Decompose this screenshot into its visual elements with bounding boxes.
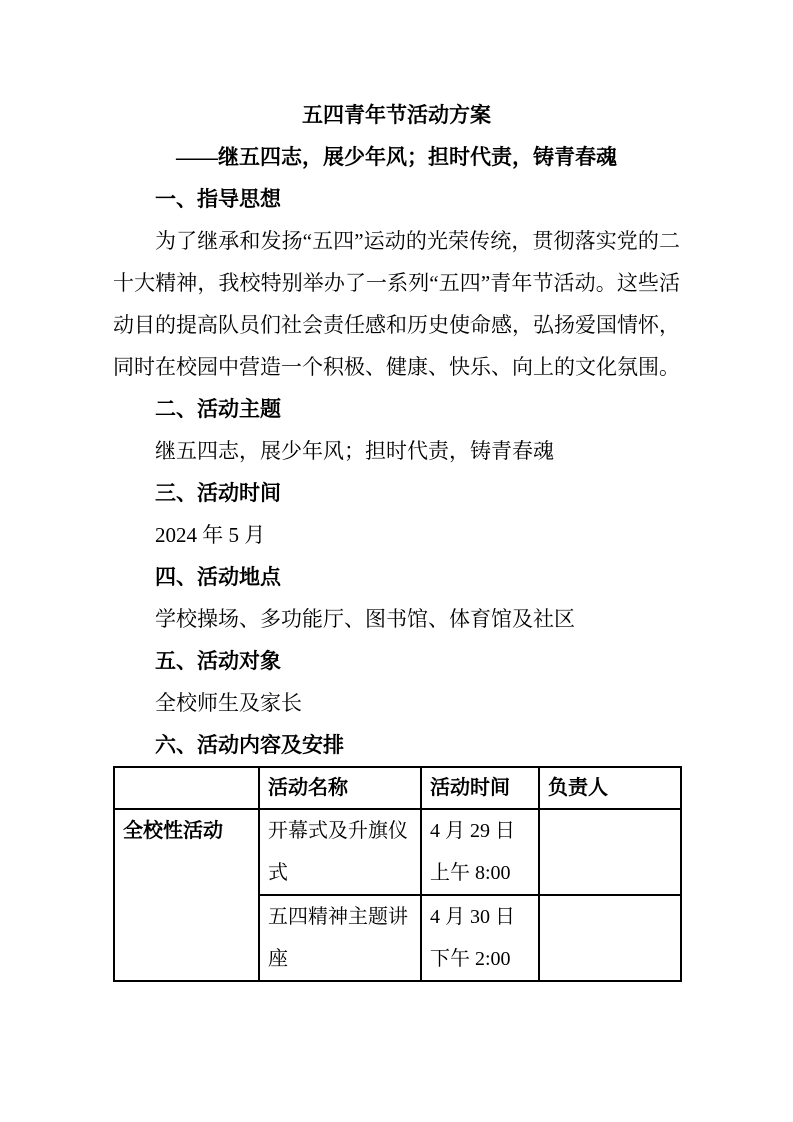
table-header-activity-time: 活动时间 (421, 767, 539, 809)
section-body-activity-theme: 继五四志，展少年风；担时代责，铸青春魂 (113, 430, 680, 472)
table-cell-owner-2 (539, 895, 681, 981)
document-title: 五四青年节活动方案 (113, 94, 680, 136)
section-body-activity-audience: 全校师生及家长 (113, 682, 680, 724)
section-body-guiding-ideology: 为了继承和发扬“五四”运动的光荣传统，贯彻落实党的二十大精神，我校特别举办了一系… (113, 220, 680, 388)
table-header-activity-name: 活动名称 (259, 767, 421, 809)
document-page: 五四青年节活动方案 ——继五四志，展少年风；担时代责，铸青春魂 一、指导思想 为… (0, 0, 793, 1122)
section-heading-activity-schedule: 六、活动内容及安排 (113, 724, 680, 766)
document-subtitle: ——继五四志，展少年风；担时代责，铸青春魂 (113, 136, 680, 178)
activity-schedule-table: 活动名称 活动时间 负责人 全校性活动 开幕式及升旗仪式 4 月 29 日 上午… (113, 766, 682, 982)
section-heading-activity-audience: 五、活动对象 (113, 640, 680, 682)
table-cell-activity-name-1: 开幕式及升旗仪式 (259, 809, 421, 895)
table-cell-activity-time-1: 4 月 29 日 上午 8:00 (421, 809, 539, 895)
section-heading-guiding-ideology: 一、指导思想 (113, 178, 680, 220)
table-cell-owner-1 (539, 809, 681, 895)
section-body-activity-location: 学校操场、多功能厅、图书馆、体育馆及社区 (113, 598, 680, 640)
table-header-row: 活动名称 活动时间 负责人 (114, 767, 681, 809)
table-cell-activity-time-2: 4 月 30 日 下午 2:00 (421, 895, 539, 981)
table-row-opening-ceremony: 全校性活动 开幕式及升旗仪式 4 月 29 日 上午 8:00 (114, 809, 681, 895)
section-heading-activity-theme: 二、活动主题 (113, 388, 680, 430)
section-heading-activity-location: 四、活动地点 (113, 556, 680, 598)
table-cell-activity-name-2: 五四精神主题讲座 (259, 895, 421, 981)
table-header-empty (114, 767, 259, 809)
table-header-owner: 负责人 (539, 767, 681, 809)
section-heading-activity-time: 三、活动时间 (113, 472, 680, 514)
table-group-label: 全校性活动 (114, 809, 259, 981)
section-body-activity-time: 2024 年 5 月 (113, 514, 680, 556)
